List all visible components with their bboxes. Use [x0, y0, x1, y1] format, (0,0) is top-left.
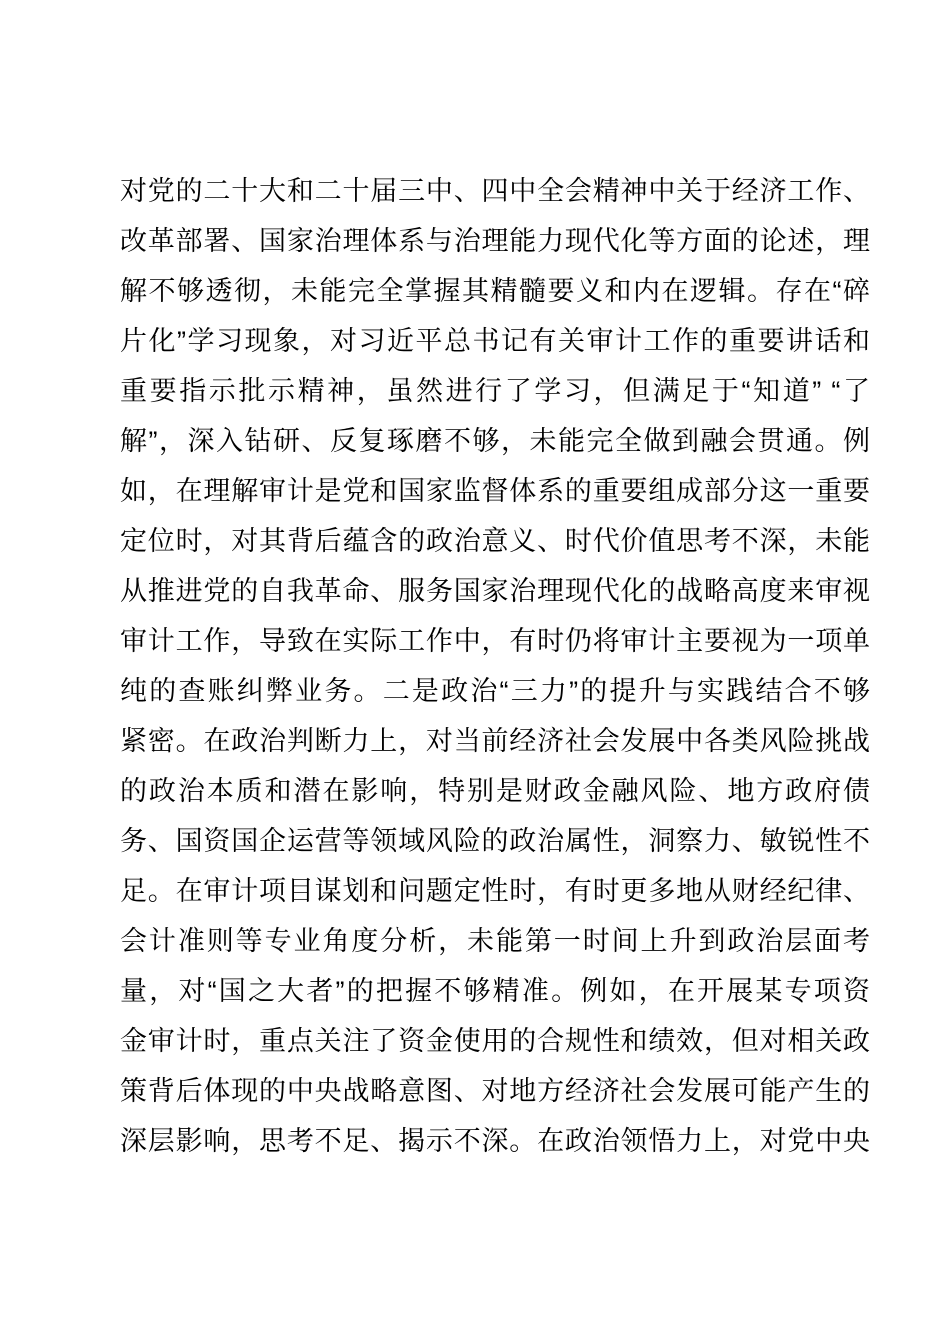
paragraph-text: 对党的二十大和二十届三中、四中全会精神中关于经济工作、 改革部署、国家治理体系与… — [120, 166, 870, 1166]
text-line: 量，对“国之大者”的把握不够精准。例如，在开展某专项资 — [120, 966, 870, 1016]
text-line: 金审计时，重点关注了资金使用的合规性和绩效，但对相关政 — [120, 1016, 870, 1066]
text-line: 足。在审计项目谋划和问题定性时，有时更多地从财经纪律、 — [120, 866, 870, 916]
text-line: 从推进党的自我革命、服务国家治理现代化的战略高度来审视 — [120, 566, 870, 616]
text-line: 审计工作，导致在实际工作中，有时仍将审计主要视为一项单 — [120, 616, 870, 666]
text-line: 解”，深入钻研、反复琢磨不够，未能完全做到融会贯通。例 — [120, 416, 870, 466]
text-line: 对党的二十大和二十届三中、四中全会精神中关于经济工作、 — [120, 166, 870, 216]
text-line: 纯的查账纠弊业务。二是政治“三力”的提升与实践结合不够 — [120, 666, 870, 716]
text-line: 深层影响，思考不足、揭示不深。在政治领悟力上，对党中央 — [120, 1116, 870, 1166]
text-line: 重要指示批示精神，虽然进行了学习，但满足于“知道” “了 — [120, 366, 870, 416]
text-line: 的政治本质和潜在影响，特别是财政金融风险、地方政府债 — [120, 766, 870, 816]
text-line: 改革部署、国家治理体系与治理能力现代化等方面的论述，理 — [120, 216, 870, 266]
text-line: 片化”学习现象，对习近平总书记有关审计工作的重要讲话和 — [120, 316, 870, 366]
text-line: 解不够透彻，未能完全掌握其精髓要义和内在逻辑。存在“碎 — [120, 266, 870, 316]
text-line: 紧密。在政治判断力上，对当前经济社会发展中各类风险挑战 — [120, 716, 870, 766]
text-line: 定位时，对其背后蕴含的政治意义、时代价值思考不深，未能 — [120, 516, 870, 566]
text-line: 会计准则等专业角度分析，未能第一时间上升到政治层面考 — [120, 916, 870, 966]
text-line: 如，在理解审计是党和国家监督体系的重要组成部分这一重要 — [120, 466, 870, 516]
text-line: 务、国资国企运营等领域风险的政治属性，洞察力、敏锐性不 — [120, 816, 870, 866]
document-page: 对党的二十大和二十届三中、四中全会精神中关于经济工作、 改革部署、国家治理体系与… — [0, 0, 950, 1344]
text-line: 策背后体现的中央战略意图、对地方经济社会发展可能产生的 — [120, 1066, 870, 1116]
